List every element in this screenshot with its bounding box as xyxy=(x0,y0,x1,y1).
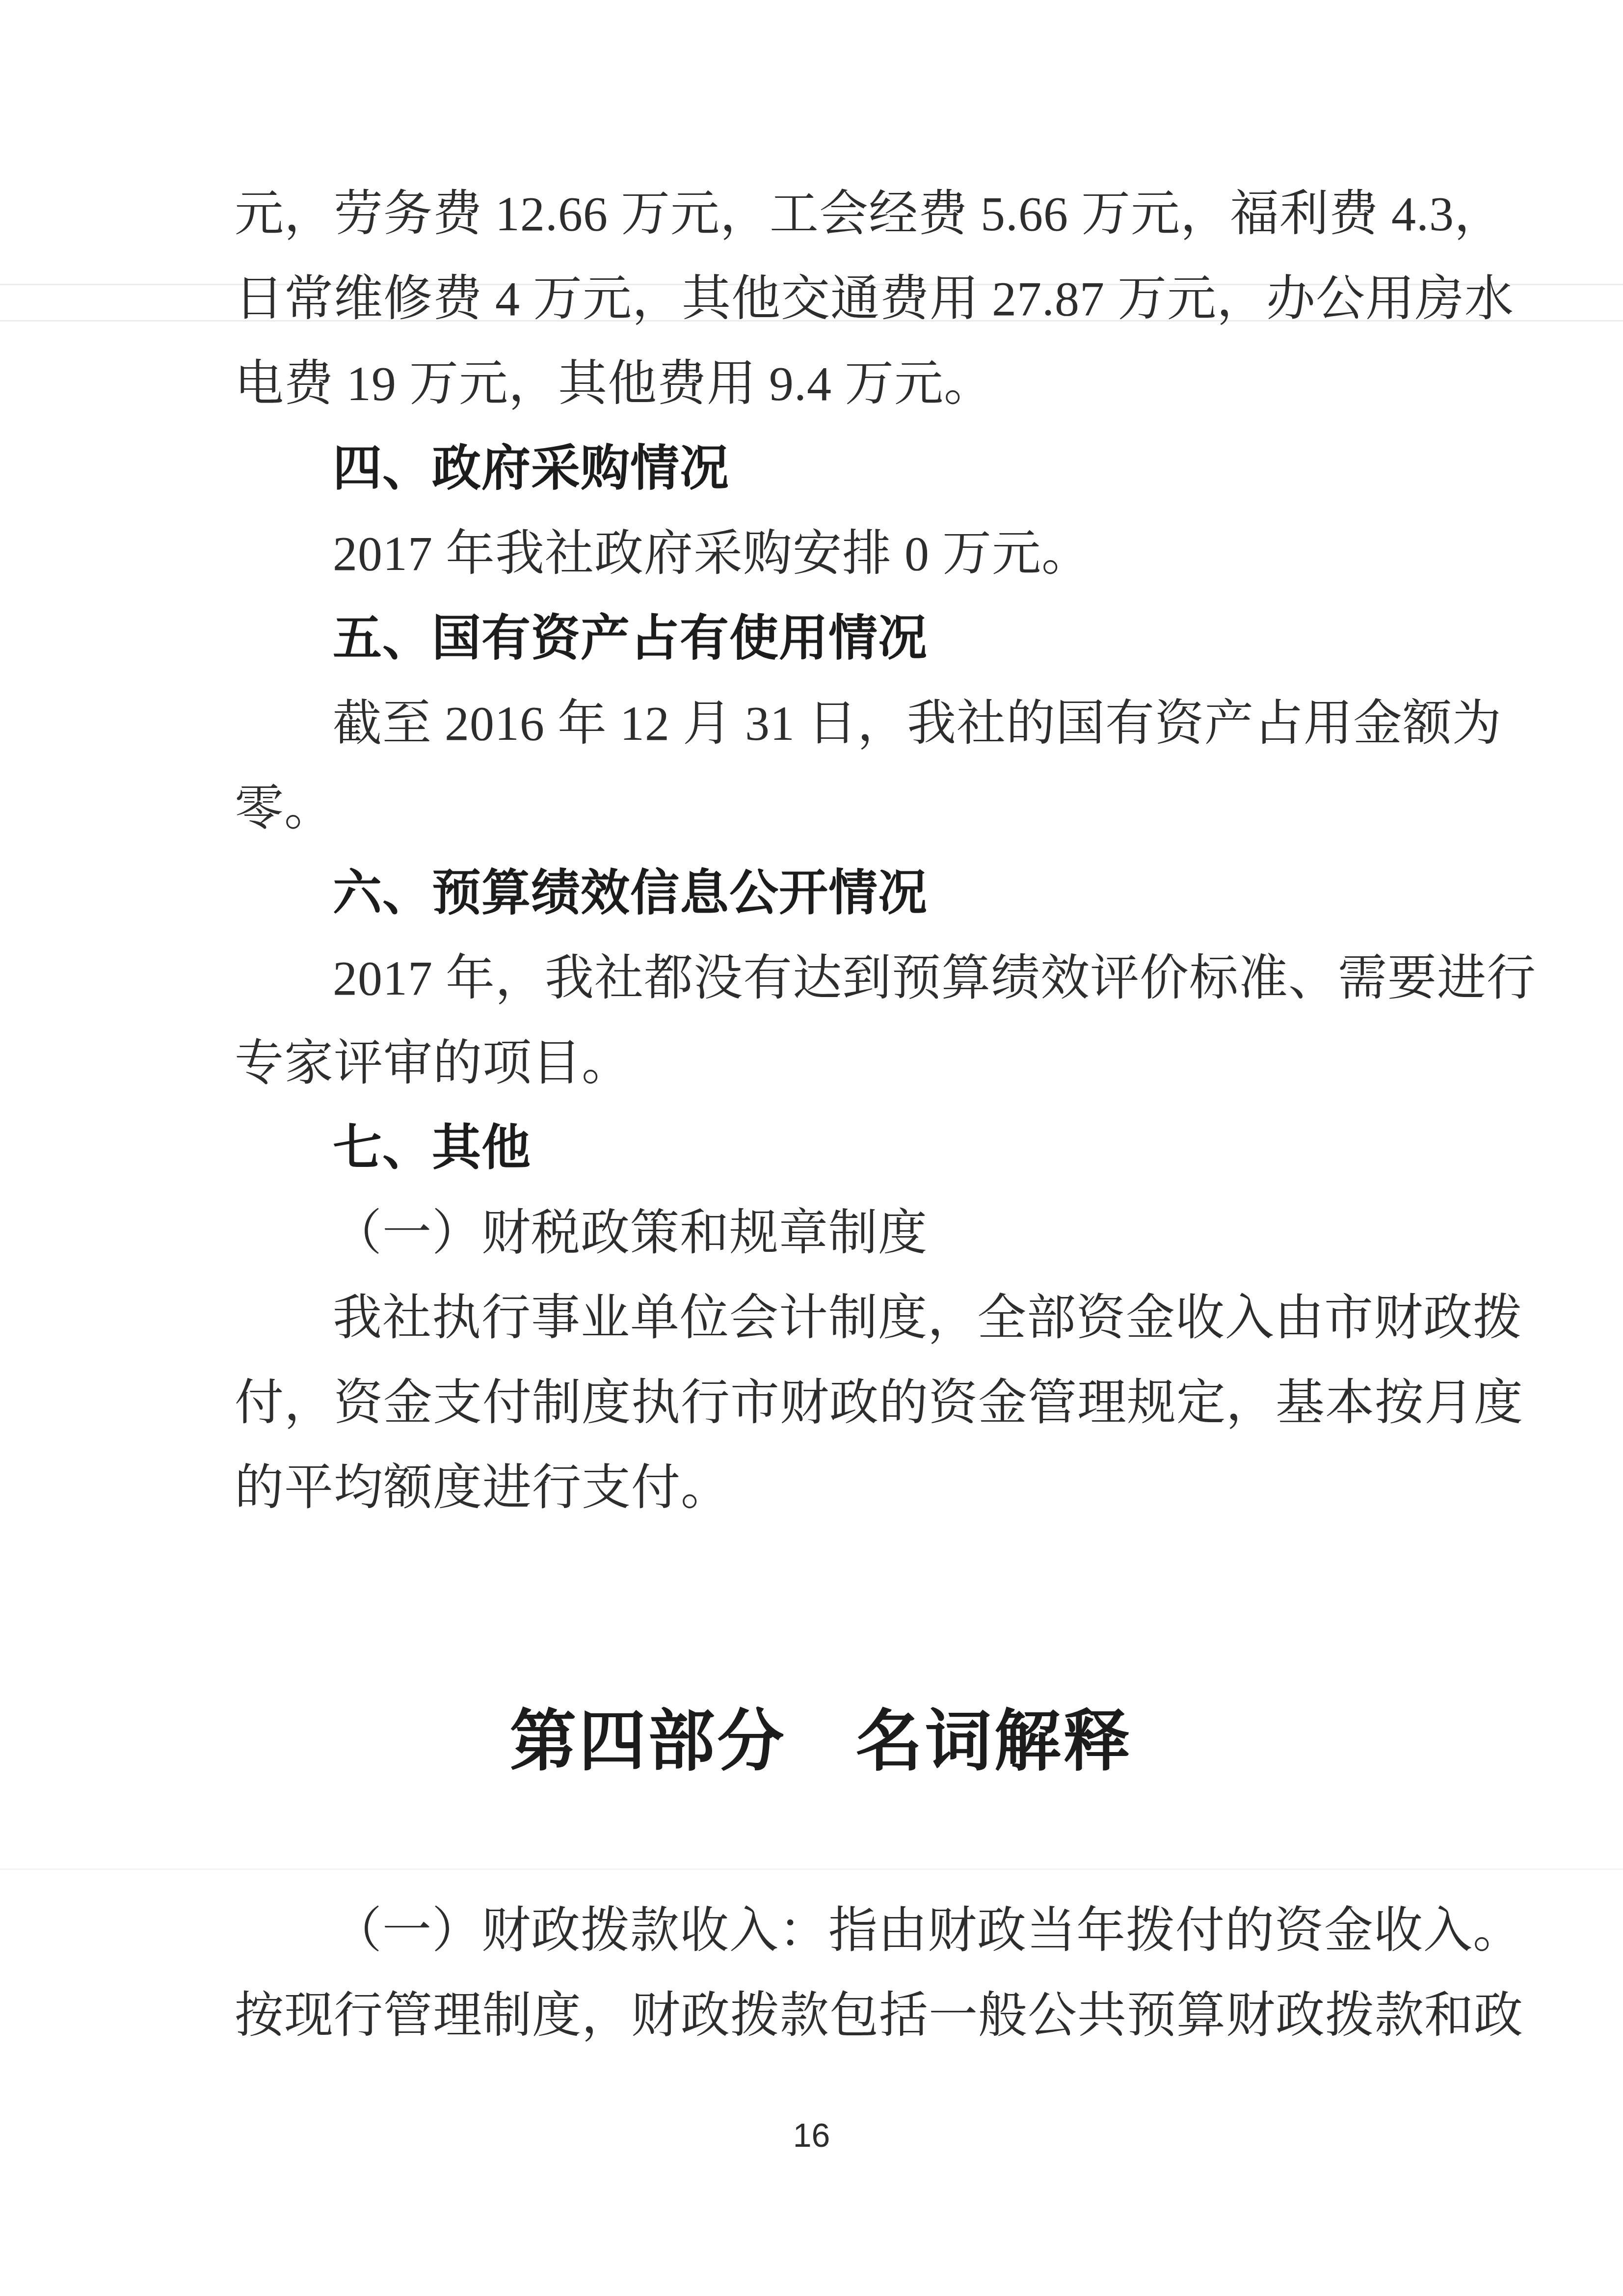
government-procurement-line: 2017 年我社政府采购安排 0 万元。 xyxy=(235,511,1378,596)
budget-performance-line-1: 2017 年，我社都没有达到预算绩效评价标准、需要进行 xyxy=(235,936,1378,1021)
definition-fiscal-appropriation-line-1: （一）财政拨款收入：指由财政当年拨付的资金收入。 xyxy=(235,1888,1378,1973)
fiscal-policy-line-1: 我社执行事业单位会计制度，全部资金收入由市财政拨 xyxy=(235,1275,1378,1360)
fiscal-policy-line-2: 付，资金支付制度执行市财政的资金管理规定，基本按月度 xyxy=(235,1360,1378,1445)
state-assets-line-2: 零。 xyxy=(235,766,1378,851)
expense-detail-line-2: 日常维修费 4 万元，其他交通费用 27.87 万元，办公用房水 xyxy=(235,256,1378,341)
fiscal-policy-line-3: 的平均额度进行支付。 xyxy=(235,1445,1378,1530)
expense-detail-line-1: 元，劳务费 12.66 万元，工会经费 5.66 万元，福利费 4.3， xyxy=(235,171,1378,256)
state-assets-line-1: 截至 2016 年 12 月 31 日，我社的国有资产占用金额为 xyxy=(235,681,1378,766)
part-four-title: 第四部分 名词解释 xyxy=(235,1692,1378,1790)
heading-government-procurement: 四、政府采购情况 xyxy=(235,426,1378,511)
heading-other: 七、其他 xyxy=(235,1106,1378,1190)
expense-detail-line-3: 电费 19 万元，其他费用 9.4 万元。 xyxy=(235,341,1378,426)
heading-budget-performance: 六、预算绩效信息公开情况 xyxy=(235,851,1378,936)
page-number: 16 xyxy=(0,2116,1623,2155)
heading-state-assets: 五、国有资产占有使用情况 xyxy=(235,596,1378,681)
budget-performance-line-2: 专家评审的项目。 xyxy=(235,1021,1378,1106)
document-body: 元，劳务费 12.66 万元，工会经费 5.66 万元，福利费 4.3， 日常维… xyxy=(235,171,1378,2058)
definition-fiscal-appropriation-line-2: 按现行管理制度，财政拨款包括一般公共预算财政拨款和政 xyxy=(235,1973,1378,2058)
scanned-page: 元，劳务费 12.66 万元，工会经费 5.66 万元，福利费 4.3， 日常维… xyxy=(0,0,1623,2296)
subheading-fiscal-policy: （一）财税政策和规章制度 xyxy=(235,1190,1378,1275)
